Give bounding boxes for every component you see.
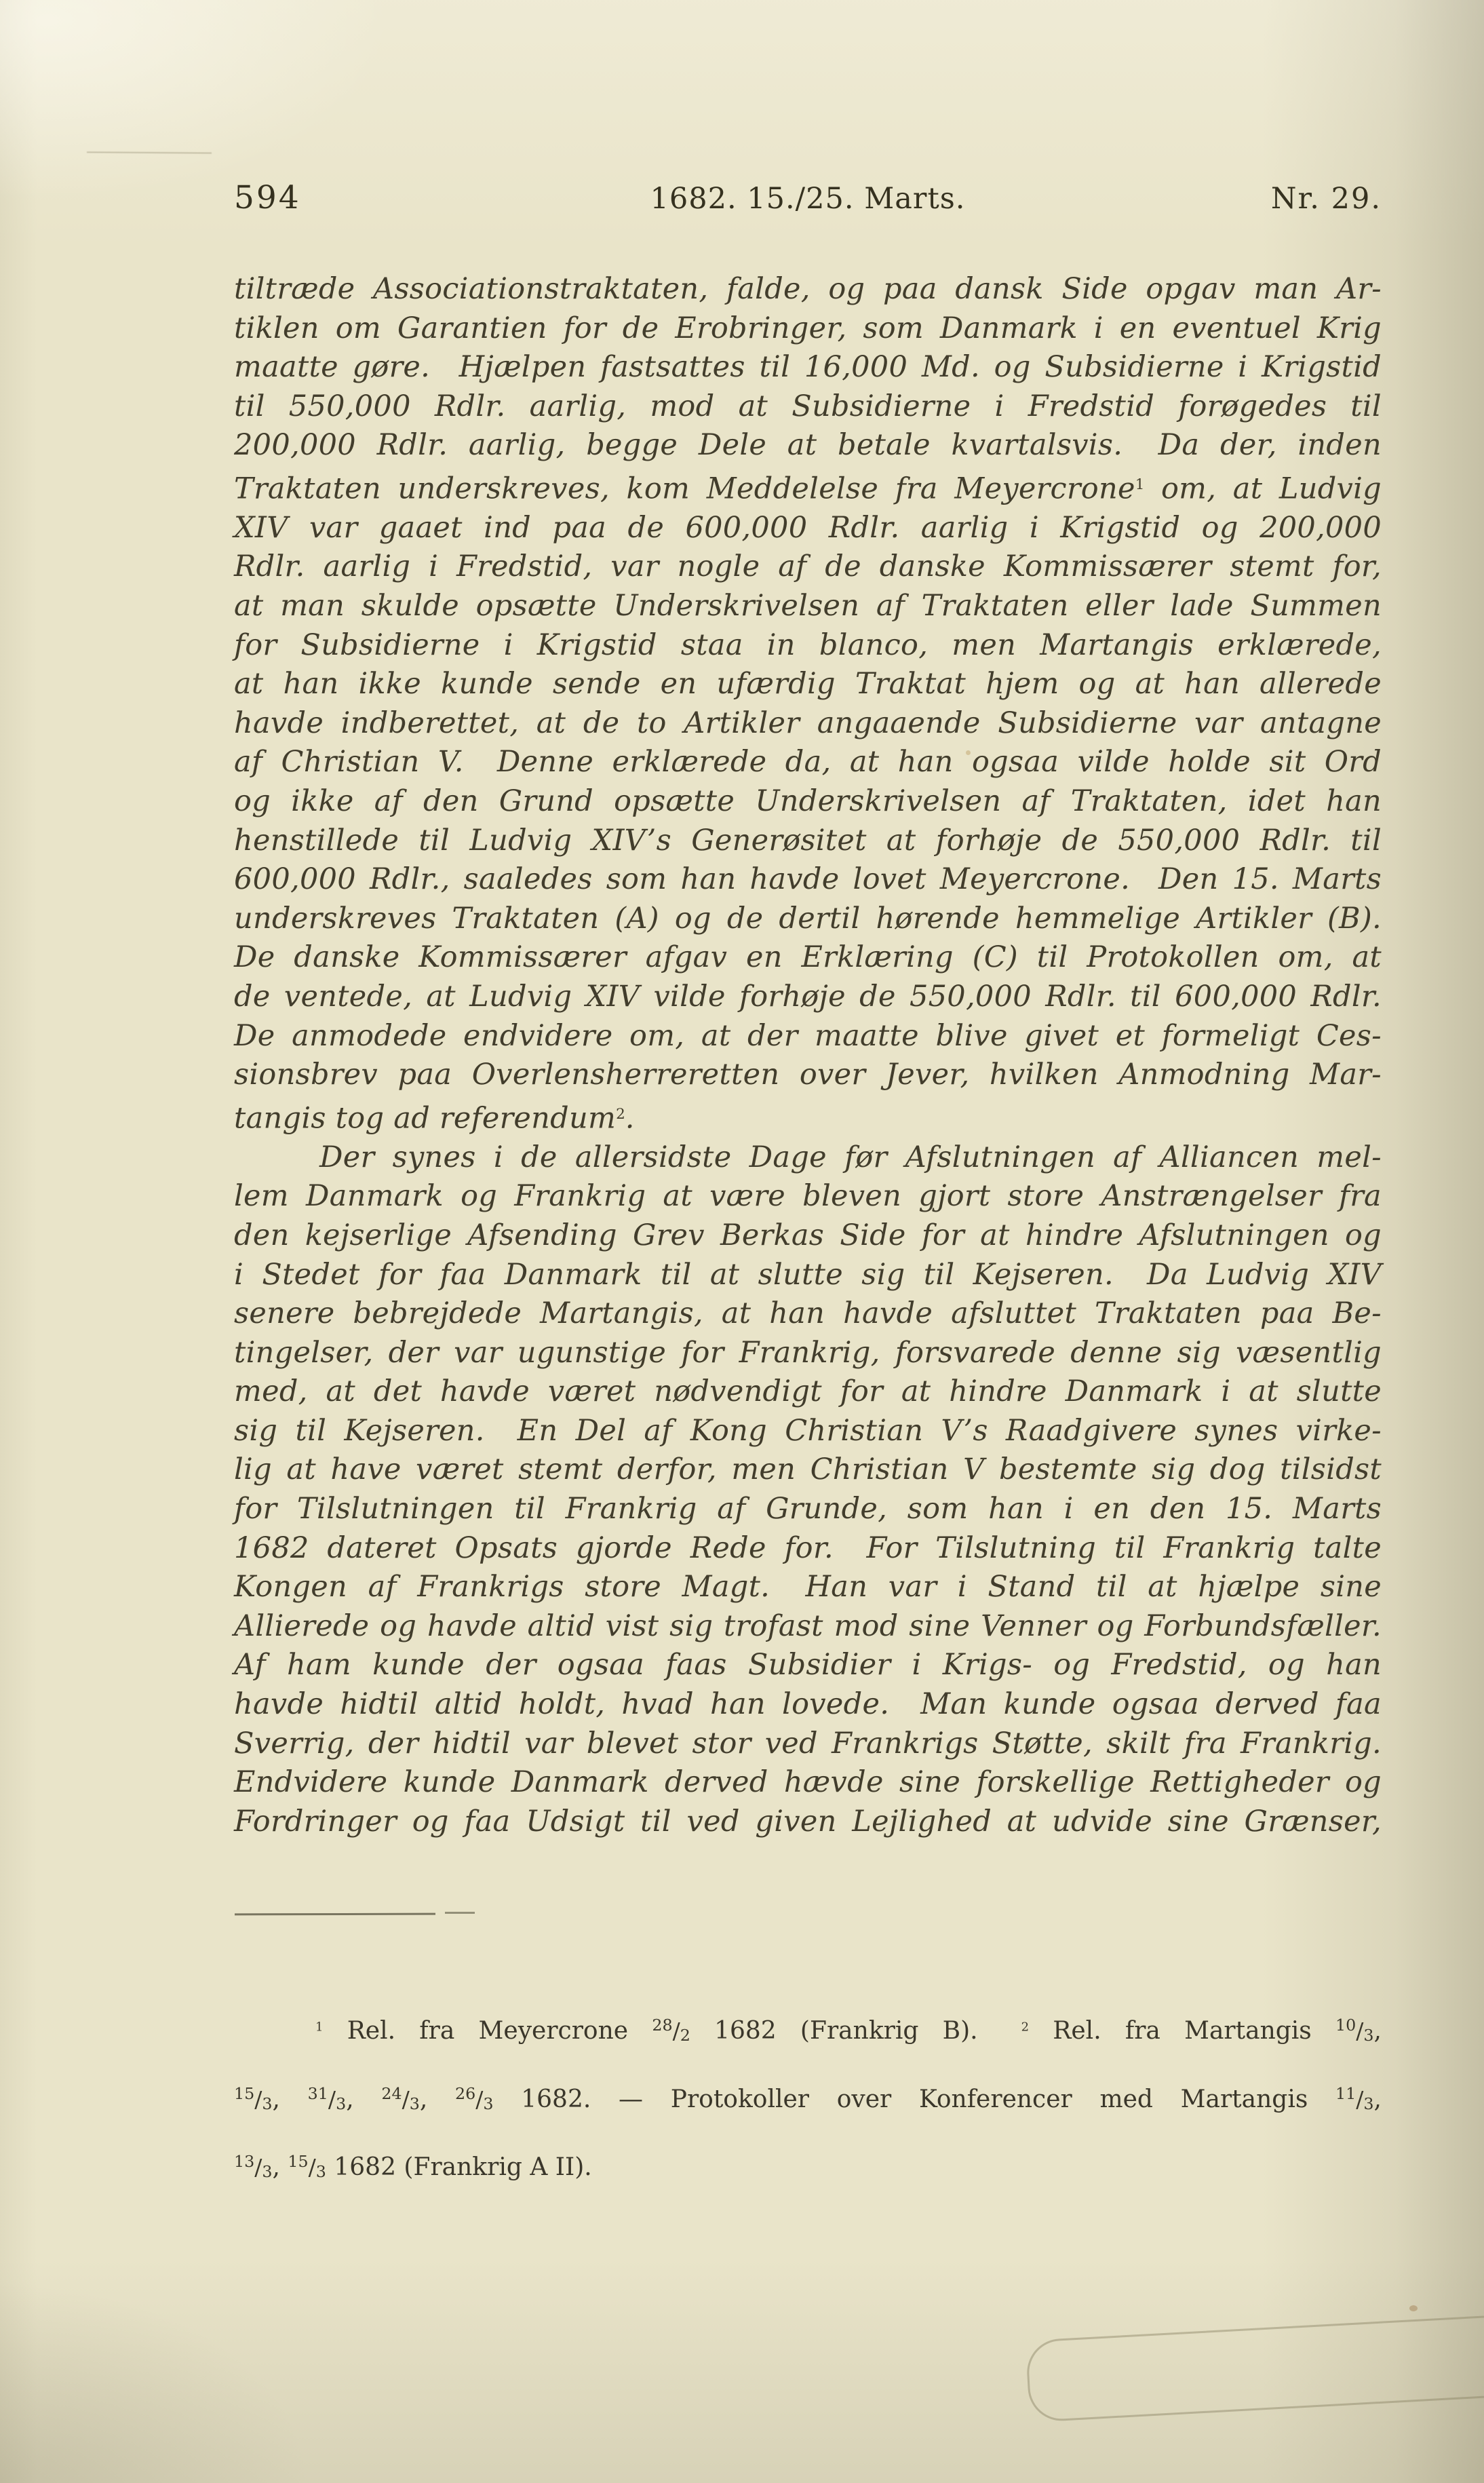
- paper-scratch-mark: [87, 151, 212, 153]
- footnote-marker: 1: [315, 2020, 323, 2035]
- page-number: 594: [234, 179, 301, 216]
- text-line: underskreves Traktaten (A) og de dertil …: [234, 900, 1382, 939]
- text-line: for Tilslutningen til Frankrig af Grunde…: [234, 1490, 1382, 1529]
- page-header: 594 1682. 15./25. Marts. Nr. 29.: [234, 179, 1382, 223]
- date-fraction: 15/3: [288, 2153, 326, 2181]
- text-line: Der synes i de allersidste Dage før Afsl…: [234, 1138, 1382, 1178]
- text-line: Fordringer og faa Udsigt til ved given L…: [234, 1803, 1382, 1842]
- text-line: tiklen om Garantien for de Erobringer, s…: [234, 309, 1382, 349]
- text-line: senere bebrejdede Martangis, at han havd…: [234, 1294, 1382, 1334]
- text-line: sig til Kejseren. En Del af Kong Christi…: [234, 1412, 1382, 1451]
- text-line: at han ikke kunde sende en ufærdig Trakt…: [234, 665, 1382, 704]
- text-line: i Stedet for faa Danmark til at slutte s…: [234, 1256, 1382, 1295]
- text-line: havde indberettet, at de to Artikler ang…: [234, 704, 1382, 744]
- text-line: Traktaten underskreves, kom Meddelelse f…: [234, 465, 1382, 509]
- text-line: Kongen af Frankrigs store Magt. Han var …: [234, 1568, 1382, 1607]
- embossed-stamp-outline: [1026, 2311, 1484, 2423]
- running-title-date: 1682. 15./25. Marts.: [650, 182, 966, 216]
- text-line: lem Danmark og Frankrig at være bleven g…: [234, 1177, 1382, 1216]
- text-line: 200,000 Rdlr. aarlig, begge Dele at beta…: [234, 426, 1382, 465]
- date-fraction: 31/3: [308, 2085, 347, 2113]
- text-line: den kejserlige Afsending Grev Berkas Sid…: [234, 1216, 1382, 1256]
- date-fraction: 26/3: [455, 2085, 494, 2113]
- text-line: og ikke af den Grund opsætte Underskrive…: [234, 782, 1382, 822]
- date-fraction: 11/3: [1335, 2085, 1374, 2113]
- footnote-marker: 2: [616, 1106, 625, 1123]
- text-line: de ventede, at Ludvig XIV vilde forhøje …: [234, 978, 1382, 1017]
- date-fraction: 28/2: [652, 2017, 690, 2045]
- text-line: henstillede til Ludvig XIV’s Generøsitet…: [234, 822, 1382, 861]
- footnote-line: 13/3, 15/3 1682 (Frankrig A II).: [234, 2132, 1382, 2201]
- text-line: tiltræde Associationstraktaten, falde, o…: [234, 270, 1382, 309]
- text-line: tingelser, der var ugunstige for Frankri…: [234, 1334, 1382, 1373]
- body-text: tiltræde Associationstraktaten, falde, o…: [234, 270, 1382, 1841]
- date-fraction: 15/3: [234, 2085, 273, 2113]
- date-fraction: 10/3: [1335, 2017, 1374, 2045]
- text-line: Allierede og havde altid vist sig trofas…: [234, 1607, 1382, 1647]
- text-line: Endvidere kunde Danmark derved hævde sin…: [234, 1763, 1382, 1803]
- text-line: lig at have været stemt derfor, men Chri…: [234, 1450, 1382, 1490]
- text-line: af Christian V. Denne erklærede da, at h…: [234, 743, 1382, 782]
- text-line: 1682 dateret Opsats gjorde Rede for. For…: [234, 1529, 1382, 1568]
- text-line: med, at det havde været nødvendigt for a…: [234, 1372, 1382, 1412]
- text-line: De danske Kommissærer afgav en Erklæring…: [234, 938, 1382, 978]
- footnote-line: 1 Rel. fra Meyercrone 28/2 1682 (Frankri…: [234, 1996, 1382, 2064]
- paper-speck: [1409, 2305, 1418, 2311]
- paper-speck: [966, 750, 971, 755]
- text-line: De anmodede endvidere om, at der maatte …: [234, 1017, 1382, 1056]
- entry-number: Nr. 29.: [1271, 182, 1382, 216]
- footnote-line: 15/3, 31/3, 24/3, 26/3 1682. — Protokoll…: [234, 2064, 1382, 2133]
- text-line: tangis tog ad referendum2.: [234, 1095, 1382, 1138]
- scanned-book-page: 594 1682. 15./25. Marts. Nr. 29. tiltræd…: [0, 0, 1484, 2483]
- date-fraction: 13/3: [234, 2153, 273, 2181]
- text-line: til 550,000 Rdlr. aarlig, mod at Subsidi…: [234, 387, 1382, 427]
- footnote-separator-dash: [445, 1912, 475, 1914]
- footnotes: 1 Rel. fra Meyercrone 28/2 1682 (Frankri…: [234, 1996, 1382, 2201]
- footnote-marker: 1: [1135, 476, 1145, 493]
- text-line: XIV var gaaet ind paa de 600,000 Rdlr. a…: [234, 509, 1382, 548]
- text-line: 600,000 Rdlr., saaledes som han havde lo…: [234, 860, 1382, 900]
- footnote-separator: [235, 1913, 547, 1920]
- footnote-separator-line: [235, 1913, 435, 1916]
- text-line: sionsbrev paa Overlensherreretten over J…: [234, 1056, 1382, 1095]
- text-line: Sverrig, der hidtil var blevet stor ved …: [234, 1725, 1382, 1764]
- text-line: Af ham kunde der ogsaa faas Subsidier i …: [234, 1646, 1382, 1685]
- text-line: maatte gøre. Hjælpen fastsattes til 16,0…: [234, 348, 1382, 387]
- date-fraction: 24/3: [381, 2085, 420, 2113]
- text-line: havde hidtil altid holdt, hvad han loved…: [234, 1685, 1382, 1725]
- text-line: for Subsidierne i Krigstid staa in blanc…: [234, 626, 1382, 666]
- text-line: Rdlr. aarlig i Fredstid, var nogle af de…: [234, 547, 1382, 587]
- text-line: at man skulde opsætte Underskrivelsen af…: [234, 587, 1382, 626]
- footnote-marker: 2: [1021, 2020, 1029, 2035]
